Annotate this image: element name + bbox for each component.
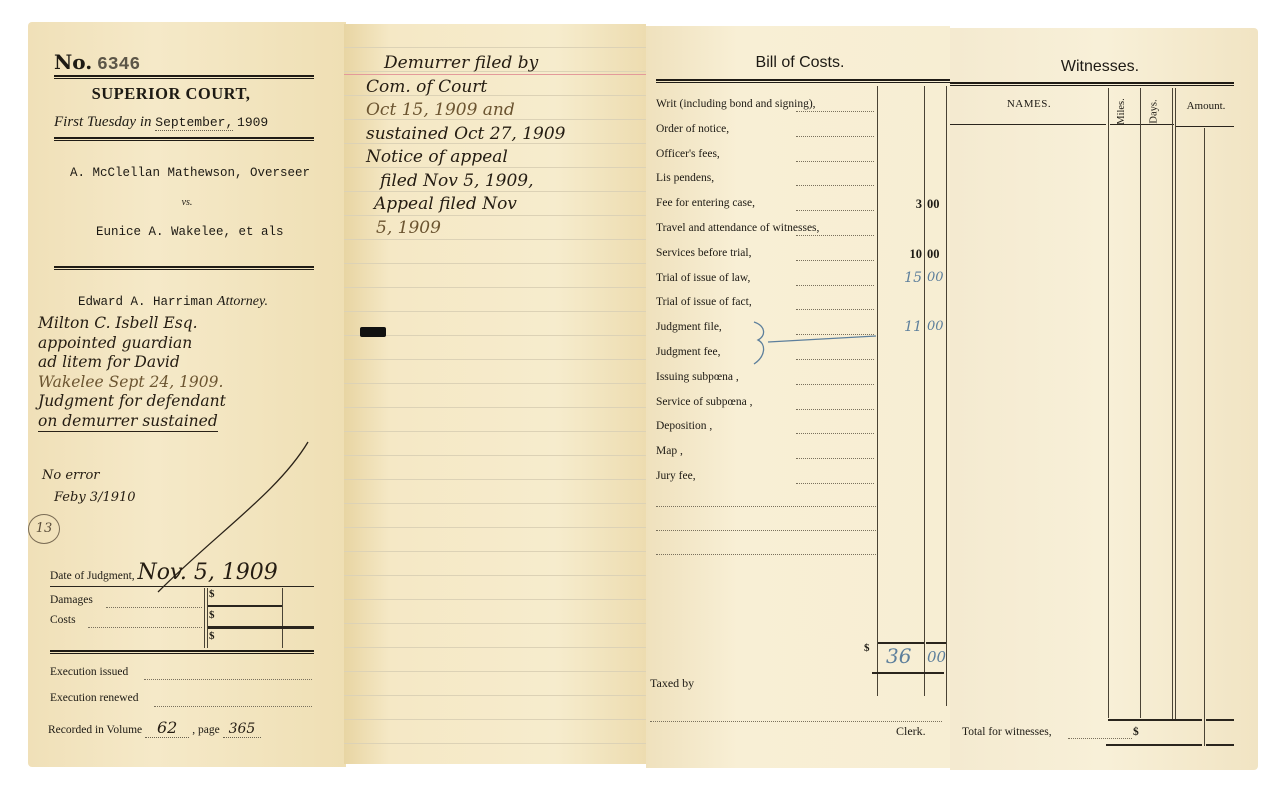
dotted-leader [796, 409, 874, 410]
docket-line: Demurrer filed by [366, 52, 646, 76]
docket-line: Notice of appeal [366, 146, 646, 170]
dotted-leader [796, 161, 874, 162]
page-label: , page [192, 724, 219, 736]
clerk-label: Clerk. [896, 724, 926, 739]
cost-item-label: Jury fee, [656, 470, 696, 482]
ink-blot [360, 327, 386, 337]
cost-item-label: Lis pendens, [656, 172, 714, 184]
recorded-in: Recorded in Volume 62 , page 365 [48, 718, 261, 737]
header-underline [1176, 126, 1234, 127]
total-dollar-sign: $ [1133, 726, 1139, 738]
note-line: Wakelee Sept 24, 1909. [38, 373, 328, 393]
appeal-note-line: Feby 3/1910 [42, 487, 136, 509]
docket-line: Com. of Court [366, 76, 646, 100]
defendant: Eunice A. Wakelee, et als [96, 225, 284, 239]
days-label: Days. [1149, 99, 1160, 123]
versus: vs. [28, 197, 346, 208]
signature-line [650, 721, 942, 722]
handwritten-notes: Milton C. Isbell Esq. appointed guardian… [38, 314, 328, 432]
date-of-judgment-label: Date of Judgment, [50, 570, 135, 582]
bill-of-costs-title: Bill of Costs. [646, 54, 954, 72]
note-line: appointed guardian [38, 334, 328, 354]
divider [1106, 744, 1202, 746]
dotted-leader [106, 607, 202, 608]
docket-notes: Demurrer filed by Com. of Court Oct 15, … [366, 52, 646, 240]
cost-item-label: Travel and attendance of witnesses, [656, 222, 819, 234]
page-value: 365 [223, 721, 262, 738]
dotted-leader [796, 309, 874, 310]
blank-line [656, 530, 876, 531]
dotted-leader [796, 384, 874, 385]
note-line: on demurrer sustained [38, 412, 218, 433]
attorney-label: Attorney. [217, 294, 268, 309]
cost-item-label: Officer's fees, [656, 148, 720, 160]
total-dollars: 36 [886, 644, 911, 668]
divider [54, 137, 314, 141]
total-cents: 00 [927, 648, 946, 666]
divider [208, 605, 282, 607]
court-title: SUPERIOR COURT, [28, 84, 314, 104]
term-month: September, [155, 115, 233, 131]
damages-label: Damages [50, 594, 93, 606]
attorney: Edward A. Harriman Attorney. [78, 292, 268, 310]
dotted-leader [796, 458, 874, 459]
docket-line: sustained Oct 27, 1909 [366, 123, 646, 147]
number-label: No. [54, 50, 92, 74]
date-of-judgment-value: Nov. 5, 1909 [138, 560, 278, 585]
note-line: Judgment for defendant [38, 392, 328, 412]
divider [50, 650, 314, 654]
execution-renewed-label: Execution renewed [50, 692, 138, 704]
blank-line [656, 554, 876, 555]
miles-label: Miles. [1116, 98, 1127, 125]
dotted-leader [796, 433, 874, 434]
term-prefix: First Tuesday in [54, 114, 152, 130]
dotted-leader [796, 483, 874, 484]
volume-value: 62 [145, 718, 189, 738]
blank-line [656, 506, 876, 507]
cost-item-label: Judgment fee, [656, 346, 721, 358]
cost-item-label: Judgment file, [656, 321, 722, 333]
divider [926, 642, 946, 644]
cost-item-label: Writ (including bond and signing), [656, 98, 816, 110]
docket-line: filed Nov 5, 1909, [366, 170, 646, 194]
dotted-leader [796, 111, 874, 112]
cost-item-dollars: 3 [880, 197, 922, 212]
cost-item-label: Deposition , [656, 420, 712, 432]
cost-item-dollars: 10 [880, 247, 922, 262]
divider [1206, 719, 1234, 721]
execution-issued-label: Execution issued [50, 666, 128, 678]
recorded-label: Recorded in Volume [48, 724, 142, 736]
divider [208, 626, 314, 629]
witnesses-title: Witnesses. [950, 58, 1250, 76]
dotted-leader [796, 260, 874, 261]
column-line [282, 588, 283, 648]
dotted-leader [796, 185, 874, 186]
attorney-name: Edward A. Harriman [78, 295, 213, 309]
divider [54, 266, 314, 270]
cents-column-line [924, 86, 925, 696]
divider [656, 79, 952, 83]
docket-notes-panel: Demurrer filed by Com. of Court Oct 15, … [344, 24, 646, 764]
date-of-judgment: Date of Judgment, Nov. 5, 1909 [50, 560, 278, 585]
divider [950, 82, 1234, 86]
column-line [1175, 88, 1176, 720]
case-number: No. 6346 [54, 50, 140, 75]
column-line [1140, 88, 1141, 718]
column-line [204, 588, 205, 648]
dotted-leader [144, 679, 312, 680]
circled-mark: 13 [28, 514, 60, 544]
cost-item-cents: 00 [927, 197, 940, 212]
dotted-leader [796, 285, 874, 286]
right-column-line [946, 86, 947, 706]
cost-item-label: Map , [656, 445, 683, 457]
cost-item-cents: 00 [927, 270, 944, 285]
cost-item-label: Trial of issue of law, [656, 272, 750, 284]
divider [872, 672, 944, 674]
total-for-witnesses-label: Total for witnesses, [962, 726, 1052, 738]
note-line: ad litem for David [38, 353, 328, 373]
term-year: 1909 [237, 115, 268, 130]
appeal-note: No error Feby 3/1910 [42, 465, 136, 509]
damages-dollar-sign: $ [209, 588, 215, 600]
divider [54, 75, 314, 79]
column-line [1108, 88, 1109, 718]
taxed-by-label: Taxed by [650, 676, 694, 691]
appeal-note-line: No error [42, 465, 136, 487]
cost-item-label: Services before trial, [656, 247, 751, 259]
divider [1206, 744, 1234, 746]
dotted-leader [796, 210, 874, 211]
cost-item-label: Order of notice, [656, 123, 729, 135]
dotted-leader [154, 706, 312, 707]
total-dollar-sign: $ [864, 642, 870, 654]
docket-line: Oct 15, 1909 and [366, 99, 646, 123]
cents-column-line [1204, 128, 1205, 746]
dotted-leader [1068, 738, 1132, 739]
header-underline [950, 124, 1106, 125]
header-underline [1110, 124, 1174, 125]
court-term: First Tuesday in September, 1909 [54, 114, 268, 131]
column-line [207, 588, 208, 648]
number-value: 6346 [97, 55, 140, 75]
cost-item-label: Service of subpœna , [656, 396, 752, 408]
costs-dollar-sign: $ [209, 609, 215, 621]
column-header-amount: Amount. [1178, 100, 1234, 112]
witnesses-panel: Witnesses. NAMES. Miles. Days. Amount. T… [950, 28, 1258, 770]
plaintiff: A. McClellan Mathewson, Overseer [70, 166, 310, 180]
cost-item-label: Trial of issue of fact, [656, 296, 752, 308]
dotted-leader [88, 627, 202, 628]
dotted-leader [796, 235, 874, 236]
total-dollar-sign: $ [209, 630, 215, 642]
costs-label: Costs [50, 614, 76, 626]
divider [50, 586, 314, 587]
case-cover-panel: No. 6346 SUPERIOR COURT, First Tuesday i… [28, 22, 346, 767]
docket-line: 5, 1909 [366, 217, 646, 241]
column-line [1172, 88, 1173, 720]
cost-item-label: Fee for entering case, [656, 197, 755, 209]
divider [1108, 719, 1202, 721]
column-header-names: NAMES. [950, 98, 1108, 110]
cost-item-label: Issuing subpœna , [656, 371, 739, 383]
cost-item-dollars: 15 [880, 270, 922, 286]
bill-of-costs-panel: Bill of Costs. Writ (including bond and … [646, 26, 950, 768]
dotted-leader [796, 136, 874, 137]
docket-line: Appeal filed Nov [366, 193, 646, 217]
dollars-column-line [877, 86, 878, 696]
cost-item-cents: 00 [927, 247, 940, 262]
note-line: Milton C. Isbell Esq. [38, 314, 328, 334]
